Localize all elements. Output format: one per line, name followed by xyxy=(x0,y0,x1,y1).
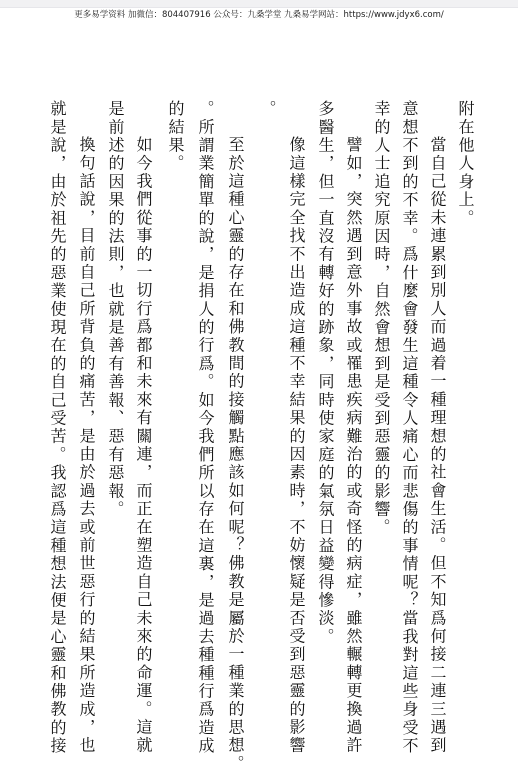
text-column-3: 意想不到的不幸。爲什麼會發生這種令人痛心而悲傷的事情呢？當我對這些身受不 xyxy=(400,100,418,755)
text-column-8: 。 xyxy=(258,100,276,118)
text-column-14: 換句話說，目前自己所背負的痛苦，是由於過去或前世惡行的結果所造成，也 xyxy=(77,136,95,755)
text-column-6: 多醫生，但一直沒有轉好的跡象，同時使家庭的氣氛日益變得慘淡。 xyxy=(316,100,334,646)
text-column-7: 像這樣完全找不出造成這種不幸結果的因素時，不妨懷疑是否受到惡靈的影響 xyxy=(287,136,305,755)
text-column-15: 就是說，由於祖先的惡業使現在的自己受苦。我認爲這種想法便是心靈和佛教的接 xyxy=(48,100,66,755)
text-column-13: 是前述的因果的法則，也就是善有善報、惡有惡報。 xyxy=(106,100,124,519)
text-column-1: 附在他人身上。 xyxy=(456,100,474,227)
document-page: 附在他人身上。 當自己從未連累到別人而過着一種理想的社會生活。但不知爲何接二連三… xyxy=(0,0,518,784)
text-column-5: 譬如，突然遇到意外事故或罹患疾病難治的或奇怪的病症，雖然輾轉更換過許 xyxy=(344,136,362,755)
text-column-9: 至於這種心靈的存在和佛教間的接觸點應該如何呢？佛教是屬於一種業的思想。 xyxy=(226,136,244,773)
text-column-12: 如今我們從事的一切行爲都和未來有關連，而正在塑造自己未來的命運。這就 xyxy=(134,136,152,755)
text-column-2: 當自己從未連累到別人而過着一種理想的社會生活。但不知爲何接二連三遇到 xyxy=(428,136,446,755)
text-column-11: 的結果。 xyxy=(166,100,184,173)
text-column-4: 幸的人士追究原因時，自然會想到是受到惡靈的影響。 xyxy=(372,100,390,537)
text-column-10: 。所謂業簡單的說，是捐人的行爲。如今我們所以存在這裏，是過去種種行爲造成 xyxy=(196,100,214,755)
